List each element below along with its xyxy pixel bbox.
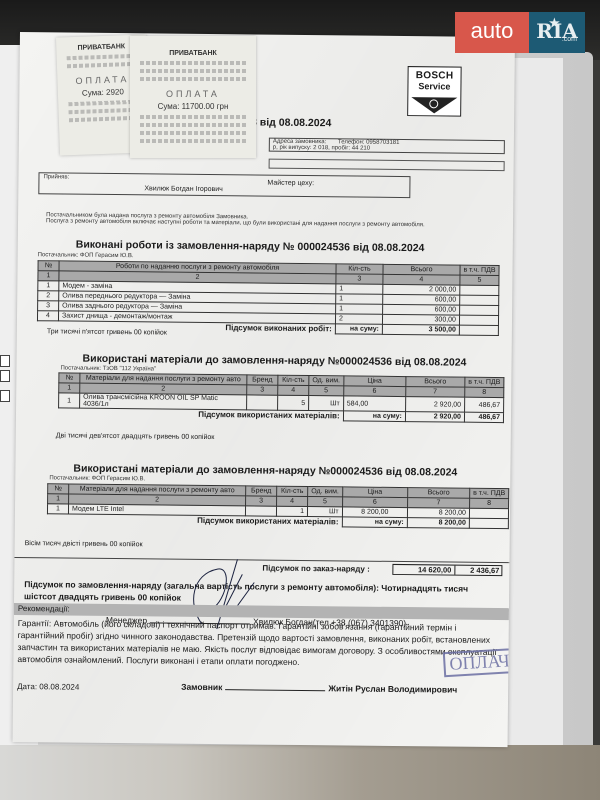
table-cell: 3 <box>38 301 59 311</box>
table-cell: 1 <box>336 294 383 304</box>
table-cell: 1 <box>48 494 69 504</box>
table-cell: 486,67 <box>465 397 504 412</box>
received-by-name: Хвилюк Богдан Ігорович <box>144 185 223 193</box>
materials1-supplier: Постачальник: ТзОВ "112 Україна" <box>60 365 156 372</box>
customer-info-box: Адреса замовника: Телефон: 0958703181 р,… <box>269 138 505 154</box>
table-cell: на суму: <box>335 324 382 334</box>
order-total-label: Підсумок по заказ-наряду : <box>262 564 369 574</box>
table-cell: Кіл-сть <box>277 486 308 496</box>
table-cell: 5 <box>460 275 499 285</box>
table-cell: 1 <box>59 393 80 408</box>
order-total-vat: 2 436,67 <box>455 566 501 575</box>
table-cell: 8 <box>465 387 504 397</box>
table-cell <box>460 295 499 305</box>
intro-text: Постачальником була надана послуга з рем… <box>46 212 496 229</box>
table-cell: 8 200,00 <box>342 507 407 518</box>
checkbox-mark <box>0 390 10 402</box>
table-cell: Од. вим. <box>309 376 344 386</box>
table-cell: 1 <box>336 284 383 294</box>
table-cell: 4 <box>37 311 58 321</box>
bosch-armature-icon <box>429 99 438 108</box>
table-cell: Кіл-сть <box>278 375 309 385</box>
star-icon: ★ <box>549 4 560 42</box>
table-cell <box>460 285 499 295</box>
works-supplier: Постачальник: ФОП Герасим Ю.В. <box>38 252 134 259</box>
table-cell: на суму: <box>343 411 405 422</box>
table-cell: 2 <box>38 291 59 301</box>
table-cell: 8 200,00 <box>407 518 469 529</box>
received-box: Прийняв: Хвилюк Богдан Ігорович Майстер … <box>38 172 410 198</box>
table-cell: № <box>48 484 69 494</box>
table-cell: Підсумок використаних матеріалів: <box>47 514 342 527</box>
table-cell: Ціна <box>342 487 407 498</box>
table-cell: Бренд <box>247 375 278 385</box>
table-cell: 584,00 <box>343 396 405 412</box>
table-cell: 7 <box>407 498 469 509</box>
table-cell: 2 920,00 <box>405 397 464 413</box>
table-cell: 2 920,00 <box>405 412 464 423</box>
table-cell: 486,67 <box>464 412 503 422</box>
autoria-watermark: auto ★ RIA .com <box>455 12 585 53</box>
table-cell: в т.ч. ПДВ <box>470 488 509 498</box>
order-total-box: 14 620,00 2 436,67 <box>392 564 502 576</box>
table-cell: 3 <box>336 274 383 284</box>
table-cell: Од. вим. <box>308 487 343 497</box>
order-title: 3 від 08.08.2024 <box>251 116 331 129</box>
table-cell <box>460 305 499 315</box>
table-cell: 7 <box>406 387 465 398</box>
table-cell: 5 <box>308 497 343 507</box>
table-cell: 4 <box>277 496 308 506</box>
table-cell <box>245 506 276 516</box>
document-date: Дата: 08.08.2024 <box>17 682 79 692</box>
guarantee-text: Гарантії: Автомобіль (його складові) і т… <box>17 617 497 670</box>
table-cell: Кіл-сть <box>336 264 383 274</box>
works-title: Виконані роботи із замовлення-наряду № 0… <box>76 239 425 255</box>
table-cell: 6 <box>343 386 405 397</box>
table-cell: 1 <box>47 504 68 514</box>
table-cell <box>459 325 498 335</box>
materials2-table: №Матеріали для надання послуги з ремонту… <box>47 483 509 529</box>
table-cell <box>469 508 508 518</box>
table-cell: Ціна <box>343 376 405 387</box>
receipt-2-sum: Сума: 11700.00 грн <box>130 102 256 111</box>
table-cell: 5 <box>309 386 344 396</box>
customer-name: Житін Руслан Володимирович <box>328 683 457 694</box>
checkbox-mark <box>0 370 10 382</box>
table-cell: Всього <box>408 488 470 499</box>
table-cell: № <box>59 373 80 383</box>
table-cell: на суму: <box>342 517 407 528</box>
table-cell: 8 <box>470 498 509 508</box>
table-cell <box>459 315 498 325</box>
materials2-supplier: Постачальник: ФОП Герасим Ю.В. <box>49 475 145 482</box>
table-cell: 1 <box>38 271 59 281</box>
table-cell: Шт <box>307 507 342 517</box>
table-cell: 1 <box>59 383 80 393</box>
table-cell: 6 <box>342 497 407 508</box>
table-cell: Олива трансмісійна KROON OIL SP Matic 40… <box>80 393 247 410</box>
works-in-words: Три тисячі п'ятсот гривень 00 копійок <box>47 328 167 336</box>
materials1-in-words: Дві тисячі дев'ятсот двадцять гривень 00… <box>56 432 215 441</box>
table-cell: 1 <box>276 506 307 516</box>
table-cell: 1 <box>336 304 383 314</box>
table-cell: 4 <box>278 385 309 395</box>
order-total-sum: 14 620,00 <box>393 565 455 575</box>
table-cell: Шт <box>309 396 344 411</box>
works-table: №Роботи по наданню послуги з ремонту авт… <box>37 260 500 336</box>
table-cell: Всього <box>406 377 465 388</box>
table-cell: 3 <box>247 385 278 395</box>
table-cell: 2 <box>335 314 382 324</box>
table-cell: Бренд <box>246 486 277 496</box>
table-cell: 3 <box>246 496 277 506</box>
empty-info-row <box>269 159 505 171</box>
table-cell: 8 200,00 <box>407 508 469 519</box>
bosch-service-logo: BOSCH Service <box>407 66 462 117</box>
table-cell: в т.ч. ПДВ <box>465 377 504 387</box>
payment-receipt-2: ПРИВАТБАНК ОПЛАТА Сума: 11700.00 грн <box>130 36 256 158</box>
background-table <box>0 745 600 800</box>
table-cell: № <box>38 261 59 271</box>
table-cell <box>469 518 508 528</box>
table-cell <box>247 395 278 410</box>
table-cell: 5 <box>278 395 309 410</box>
materials2-in-words: Вісім тисяч двісті гривень 00 копійок <box>25 540 143 548</box>
table-cell: в т.ч. ПДВ <box>460 265 499 275</box>
car-info: р, рік випуску: 2 018, пробіг: 44 210 <box>273 145 501 153</box>
checkbox-mark <box>0 355 10 367</box>
table-cell: 1 <box>38 281 59 291</box>
customer-signature-line: ЗамовникЖитін Руслан Володимирович <box>181 682 457 695</box>
table-cell: Підсумок використаних матеріалів: <box>58 408 343 421</box>
customer-phone: 0958703181 <box>366 140 399 146</box>
table-cell: 3 500,00 <box>382 324 459 335</box>
materials1-table: №Матеріали для надання послуги з ремонту… <box>58 372 504 423</box>
